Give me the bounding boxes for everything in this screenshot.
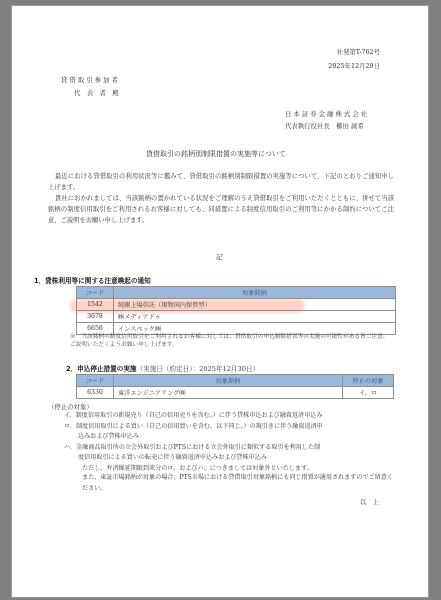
section2-heading-note: （実施日（約定日）：2025年12月30日） xyxy=(137,365,260,373)
section1-table: コード 対象銘柄 1542 純銀上場信託（現物国内保管型） 3678 ㈱メディア… xyxy=(76,286,396,335)
cell-code: 3678 xyxy=(77,311,114,323)
document-number: 社発第T-762号 xyxy=(337,48,380,56)
list-item-continuation: 度信用取引による買いの転売に伴う融資返済申込みおよび貸株申込み xyxy=(64,453,404,464)
sender-company: 日 本 証 券 金 融 株 式 会 社 xyxy=(285,110,367,118)
table-row: 1542 純銀上場信託（現物国内保管型） xyxy=(77,299,396,311)
document-date: 2025年12月29日 xyxy=(328,62,380,70)
table-row: 6330 東洋エンジニアリング㈱ イ、ロ xyxy=(77,387,394,399)
table-row: 3678 ㈱メディアドゥ xyxy=(77,311,396,323)
column-header-name: 対象銘柄 xyxy=(114,287,396,299)
cell-code: 6330 xyxy=(77,387,114,399)
section1-footnote: ※ 当該銘柄の制度信用取引をご利用されるお客様に対しては、貸借取引の申込制限措置… xyxy=(70,333,390,349)
list-item: ロ．制度信用取引による買い（自己の信用買いを含む。以下同じ。）の現引きに伴う融資… xyxy=(64,422,404,433)
addressee-line2: 代 表 者 殿 xyxy=(74,89,119,97)
pts-note: また、東証市場銘柄が対象の場合、PTS市場における貸借取引対象銘柄にも同じ措置が… xyxy=(82,473,394,494)
column-header-code: コード xyxy=(77,375,114,387)
sender-person: 代表執行役社長 櫛田 誠希 xyxy=(285,122,364,130)
document-title: 貸借取引の銘柄別制限措置の実施等について xyxy=(146,149,286,159)
cell-name: 東洋エンジニアリング㈱ xyxy=(114,387,343,399)
intro-paragraph-2: 貴社におかれましては、当該銘柄の置かれている状況をご理解のうえ貸借取引をご利用い… xyxy=(48,193,394,226)
stop-targets-label: （停止の対象） xyxy=(48,403,93,411)
section2-heading: 2．申込停止措置の実施（実施日（約定日）：2025年12月30日） xyxy=(66,363,259,373)
cell-code: 1542 xyxy=(77,299,114,311)
intro-paragraph-1: 最近における貸借取引の利用状況等に鑑みて、貸借取引の銘柄別制限措置の実施等につい… xyxy=(48,171,394,193)
list-item: ハ．金融商品取引所の立会外取引およびPTSにおける立会外取引に類似する取引を利用… xyxy=(64,443,404,454)
cell-target: イ、ロ xyxy=(343,387,394,399)
addressee-line1: 貸 借 取 引 参 加 者 xyxy=(61,76,118,84)
column-header-code: コード xyxy=(77,287,114,299)
closing-mark: 以 上 xyxy=(360,498,379,506)
exception-note: ただし、弁済繰延期限到来分のロ、およびハ、につきましては対象外といたします。 xyxy=(82,463,313,472)
list-item: イ．制度信用取引の新規売り（自己の信用売りを含む。）に伴う貸株申込および融資返済… xyxy=(64,411,404,422)
list-item-continuation: 込みおよび貸株申込み xyxy=(64,432,404,443)
document-page: 社発第T-762号 2025年12月29日 貸 借 取 引 参 加 者 代 表 … xyxy=(11,5,429,598)
column-header-name: 対象銘柄 xyxy=(114,375,343,387)
cell-name: ㈱メディアドゥ xyxy=(114,311,396,323)
ki-mark: 記 xyxy=(216,253,222,261)
column-header-target: 停止の対象 xyxy=(343,375,394,387)
table-header-row: コード 対象銘柄 停止の対象 xyxy=(77,375,394,387)
section1-heading: 1．貸株利用等に関する注意喚起の通知 xyxy=(34,275,151,285)
cell-name: 純銀上場信託（現物国内保管型） xyxy=(114,299,396,311)
section2-table: コード 対象銘柄 停止の対象 6330 東洋エンジニアリング㈱ イ、ロ xyxy=(76,374,394,399)
table-header-row: コード 対象銘柄 xyxy=(77,287,396,299)
section2-heading-text: 2．申込停止措置の実施 xyxy=(66,365,137,373)
stop-targets-list: イ．制度信用取引の新規売り（自己の信用売りを含む。）に伴う貸株申込および融資返済… xyxy=(64,411,404,464)
